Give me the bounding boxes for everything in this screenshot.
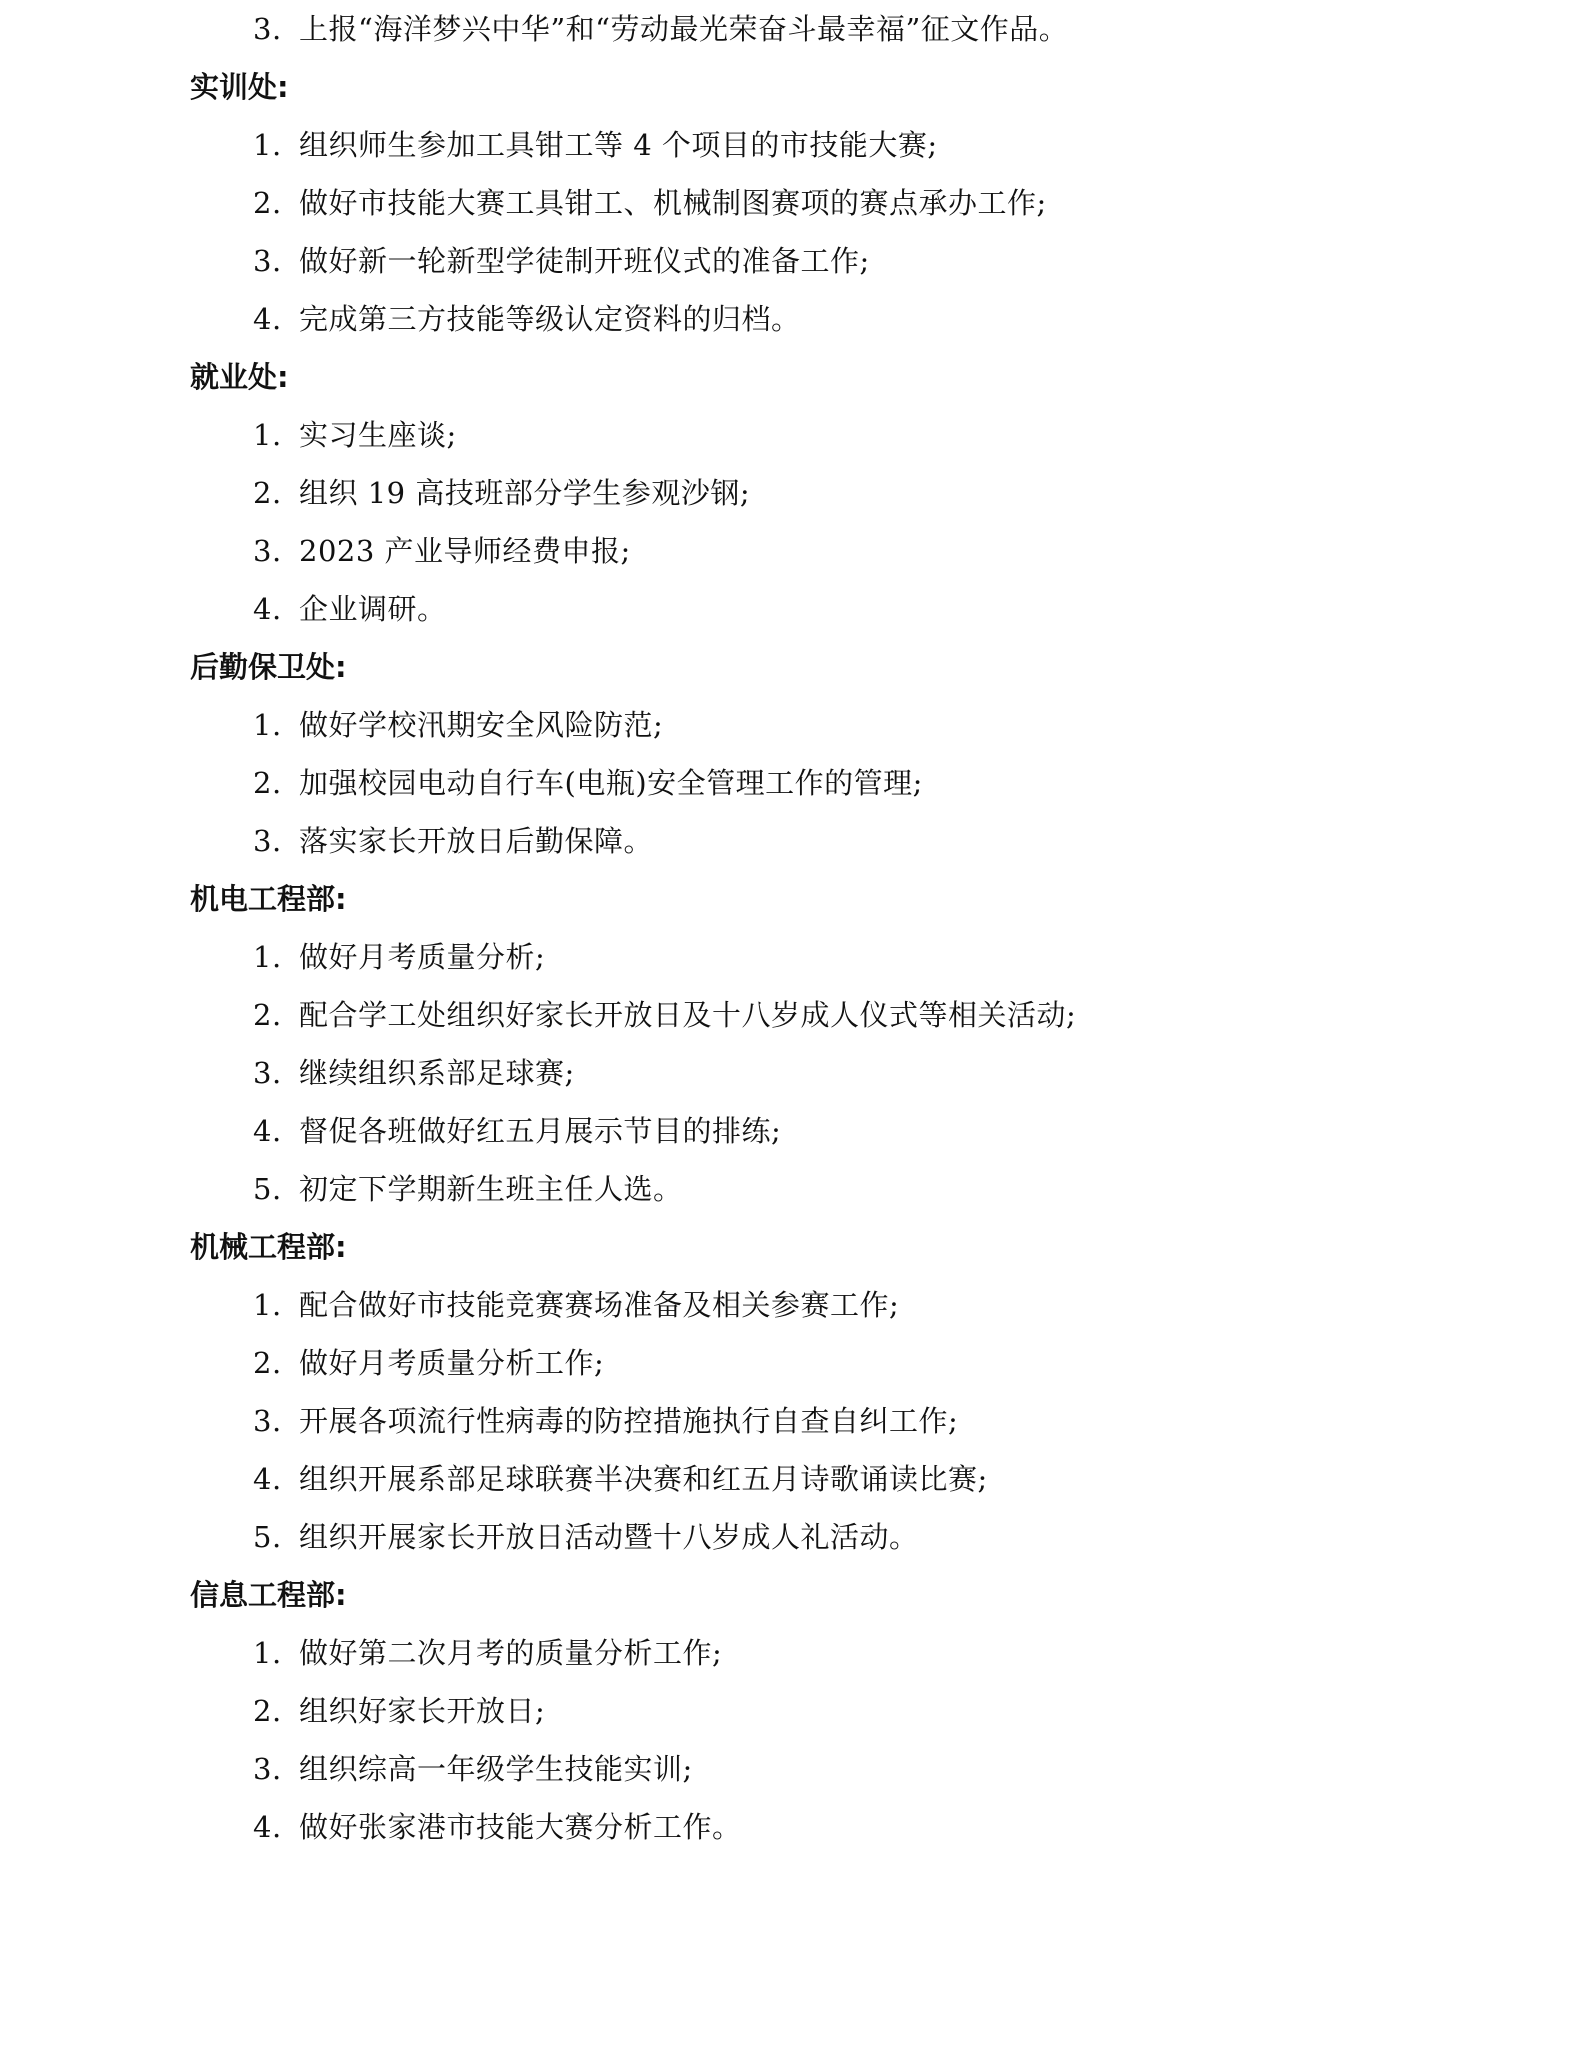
item-text: 初定下学期新生班主任人选。	[299, 1160, 683, 1218]
item-text: 督促各班做好红五月展示节目的排练;	[299, 1102, 781, 1160]
item-number: 1.	[253, 928, 298, 986]
item-number: 3.	[253, 0, 298, 58]
item-number: 4.	[253, 1102, 298, 1160]
item-number: 2.	[253, 754, 298, 812]
list-item: 1. 做好学校汛期安全风险防范;	[253, 696, 1453, 754]
item-text: 落实家长开放日后勤保障。	[299, 812, 653, 870]
item-number: 3.	[253, 1740, 298, 1798]
list-item-lead: 3. 上报“海洋梦兴中华”和“劳动最光荣奋斗最幸福”征文作品。	[253, 0, 1453, 58]
item-text: 组织 19 高技班部分学生参观沙钢;	[299, 464, 750, 522]
item-text: 组织师生参加工具钳工等 4 个项目的市技能大赛;	[299, 116, 938, 174]
item-text: 组织开展家长开放日活动暨十八岁成人礼活动。	[299, 1508, 919, 1566]
list-item: 3. 落实家长开放日后勤保障。	[253, 812, 1453, 870]
item-text: 做好月考质量分析工作;	[299, 1334, 604, 1392]
list-item: 1. 组织师生参加工具钳工等 4 个项目的市技能大赛;	[253, 116, 1453, 174]
item-number: 3.	[253, 522, 298, 580]
list-item: 4. 完成第三方技能等级认定资料的归档。	[253, 290, 1453, 348]
item-number: 2.	[253, 986, 298, 1044]
list-item: 2. 加强校园电动自行车(电瓶)安全管理工作的管理;	[253, 754, 1453, 812]
item-text: 2023 产业导师经费申报;	[299, 522, 631, 580]
item-number: 1.	[253, 696, 298, 754]
list-item: 4. 组织开展系部足球联赛半决赛和红五月诗歌诵读比赛;	[253, 1450, 1453, 1508]
section-heading-information: 信息工程部:	[190, 1566, 347, 1624]
list-item: 1. 做好第二次月考的质量分析工作;	[253, 1624, 1453, 1682]
item-text: 继续组织系部足球赛;	[299, 1044, 575, 1102]
item-text: 组织好家长开放日;	[299, 1682, 545, 1740]
list-item: 2. 做好月考质量分析工作;	[253, 1334, 1453, 1392]
item-number: 5.	[253, 1160, 298, 1218]
item-number: 5.	[253, 1508, 298, 1566]
item-number: 4.	[253, 1450, 298, 1508]
item-text: 配合学工处组织好家长开放日及十八岁成人仪式等相关活动;	[299, 986, 1076, 1044]
item-number: 2.	[253, 1682, 298, 1740]
item-number: 4.	[253, 290, 298, 348]
item-text: 配合做好市技能竞赛赛场准备及相关参赛工作;	[299, 1276, 899, 1334]
item-text: 企业调研。	[299, 580, 447, 638]
list-item: 3. 开展各项流行性病毒的防控措施执行自查自纠工作;	[253, 1392, 1453, 1450]
section-heading-mechanical: 机械工程部:	[190, 1218, 347, 1276]
item-text: 做好张家港市技能大赛分析工作。	[299, 1798, 742, 1856]
list-item: 2. 配合学工处组织好家长开放日及十八岁成人仪式等相关活动;	[253, 986, 1453, 1044]
document-page: 3. 上报“海洋梦兴中华”和“劳动最光荣奋斗最幸福”征文作品。 实训处: 1. …	[0, 0, 1587, 2063]
list-item: 3. 继续组织系部足球赛;	[253, 1044, 1453, 1102]
item-number: 3.	[253, 1392, 298, 1450]
item-number: 1.	[253, 116, 298, 174]
item-text: 组织开展系部足球联赛半决赛和红五月诗歌诵读比赛;	[299, 1450, 988, 1508]
list-item: 4. 做好张家港市技能大赛分析工作。	[253, 1798, 1453, 1856]
list-item: 2. 做好市技能大赛工具钳工、机械制图赛项的赛点承办工作;	[253, 174, 1453, 232]
item-number: 1.	[253, 1276, 298, 1334]
section-heading-employment: 就业处:	[190, 348, 289, 406]
list-item: 5. 组织开展家长开放日活动暨十八岁成人礼活动。	[253, 1508, 1453, 1566]
list-item: 1. 实习生座谈;	[253, 406, 1453, 464]
item-text: 开展各项流行性病毒的防控措施执行自查自纠工作;	[299, 1392, 958, 1450]
item-text: 组织综高一年级学生技能实训;	[299, 1740, 693, 1798]
item-text: 实习生座谈;	[299, 406, 457, 464]
list-item: 4. 企业调研。	[253, 580, 1453, 638]
item-text: 做好学校汛期安全风险防范;	[299, 696, 663, 754]
list-item: 5. 初定下学期新生班主任人选。	[253, 1160, 1453, 1218]
item-number: 1.	[253, 1624, 298, 1682]
item-number: 3.	[253, 1044, 298, 1102]
item-text: 做好新一轮新型学徒制开班仪式的准备工作;	[299, 232, 870, 290]
section-heading-logistics-security: 后勤保卫处:	[190, 638, 347, 696]
list-item: 1. 配合做好市技能竞赛赛场准备及相关参赛工作;	[253, 1276, 1453, 1334]
section-heading-electromechanical: 机电工程部:	[190, 870, 347, 928]
item-number: 3.	[253, 812, 298, 870]
list-item: 2. 组织 19 高技班部分学生参观沙钢;	[253, 464, 1453, 522]
list-item: 1. 做好月考质量分析;	[253, 928, 1453, 986]
list-item: 3. 做好新一轮新型学徒制开班仪式的准备工作;	[253, 232, 1453, 290]
item-text: 做好月考质量分析;	[299, 928, 545, 986]
list-item: 4. 督促各班做好红五月展示节目的排练;	[253, 1102, 1453, 1160]
item-text: 上报“海洋梦兴中华”和“劳动最光荣奋斗最幸福”征文作品。	[299, 0, 1068, 58]
list-item: 3. 2023 产业导师经费申报;	[253, 522, 1453, 580]
item-number: 2.	[253, 1334, 298, 1392]
item-text: 做好市技能大赛工具钳工、机械制图赛项的赛点承办工作;	[299, 174, 1047, 232]
item-number: 4.	[253, 1798, 298, 1856]
item-number: 2.	[253, 464, 298, 522]
item-number: 4.	[253, 580, 298, 638]
item-number: 1.	[253, 406, 298, 464]
item-text: 做好第二次月考的质量分析工作;	[299, 1624, 722, 1682]
item-number: 3.	[253, 232, 298, 290]
list-item: 2. 组织好家长开放日;	[253, 1682, 1453, 1740]
item-number: 2.	[253, 174, 298, 232]
item-text: 加强校园电动自行车(电瓶)安全管理工作的管理;	[299, 754, 923, 812]
list-item: 3. 组织综高一年级学生技能实训;	[253, 1740, 1453, 1798]
item-text: 完成第三方技能等级认定资料的归档。	[299, 290, 801, 348]
section-heading-training: 实训处:	[190, 58, 289, 116]
